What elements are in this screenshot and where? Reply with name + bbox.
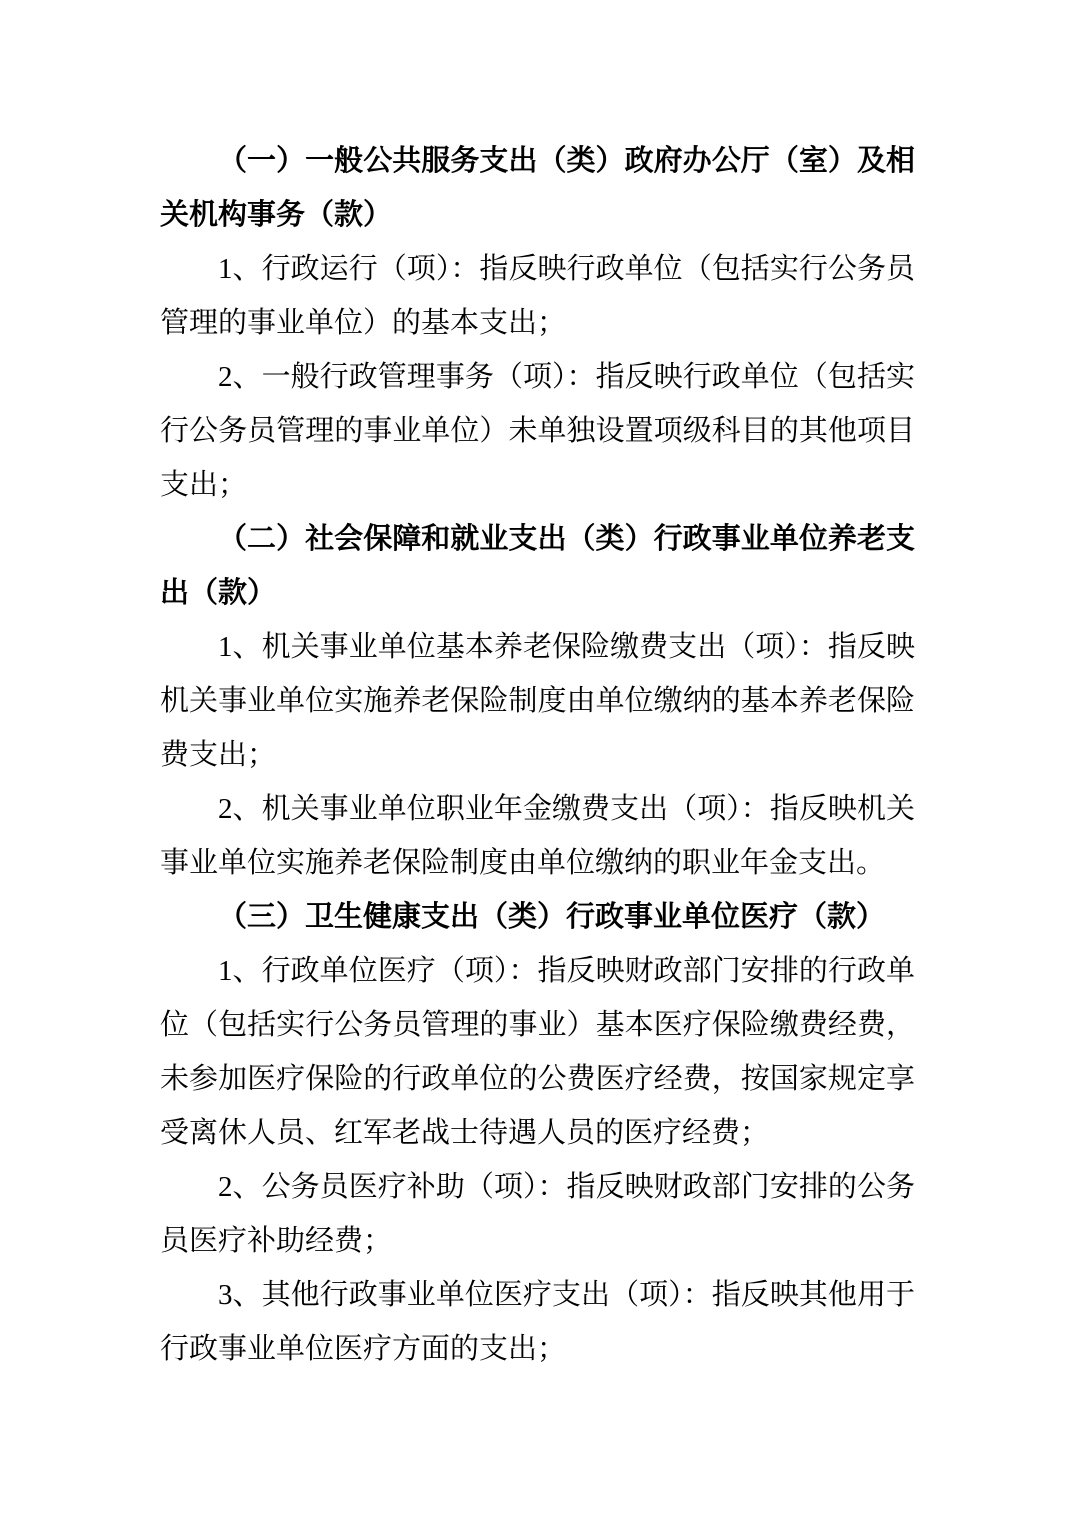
section-2-item-1: 1、机关事业单位基本养老保险缴费支出（项）：指反映机关事业单位实施养老保险制度由… xyxy=(160,620,915,782)
section-3-item-3: 3、其他行政事业单位医疗支出（项）：指反映其他用于行政事业单位医疗方面的支出； xyxy=(160,1268,915,1376)
document-page: （一）一般公共服务支出（类）政府办公厅（室）及相关机构事务（款） 1、行政运行（… xyxy=(0,0,1074,1520)
section-heading-3: （三）卫生健康支出（类）行政事业单位医疗（款） xyxy=(160,890,915,944)
section-2-item-2: 2、机关事业单位职业年金缴费支出（项）：指反映机关事业单位实施养老保险制度由单位… xyxy=(160,782,915,890)
section-3-item-1: 1、行政单位医疗（项）：指反映财政部门安排的行政单位（包括实行公务员管理的事业）… xyxy=(160,944,915,1160)
section-1-item-2: 2、一般行政管理事务（项）：指反映行政单位（包括实行公务员管理的事业单位）未单独… xyxy=(160,350,915,512)
section-heading-2: （二）社会保障和就业支出（类）行政事业单位养老支出（款） xyxy=(160,512,915,620)
section-1-item-1: 1、行政运行（项）：指反映行政单位（包括实行公务员管理的事业单位）的基本支出； xyxy=(160,242,915,350)
section-3-item-2: 2、公务员医疗补助（项）：指反映财政部门安排的公务员医疗补助经费； xyxy=(160,1160,915,1268)
section-heading-1: （一）一般公共服务支出（类）政府办公厅（室）及相关机构事务（款） xyxy=(160,134,915,242)
